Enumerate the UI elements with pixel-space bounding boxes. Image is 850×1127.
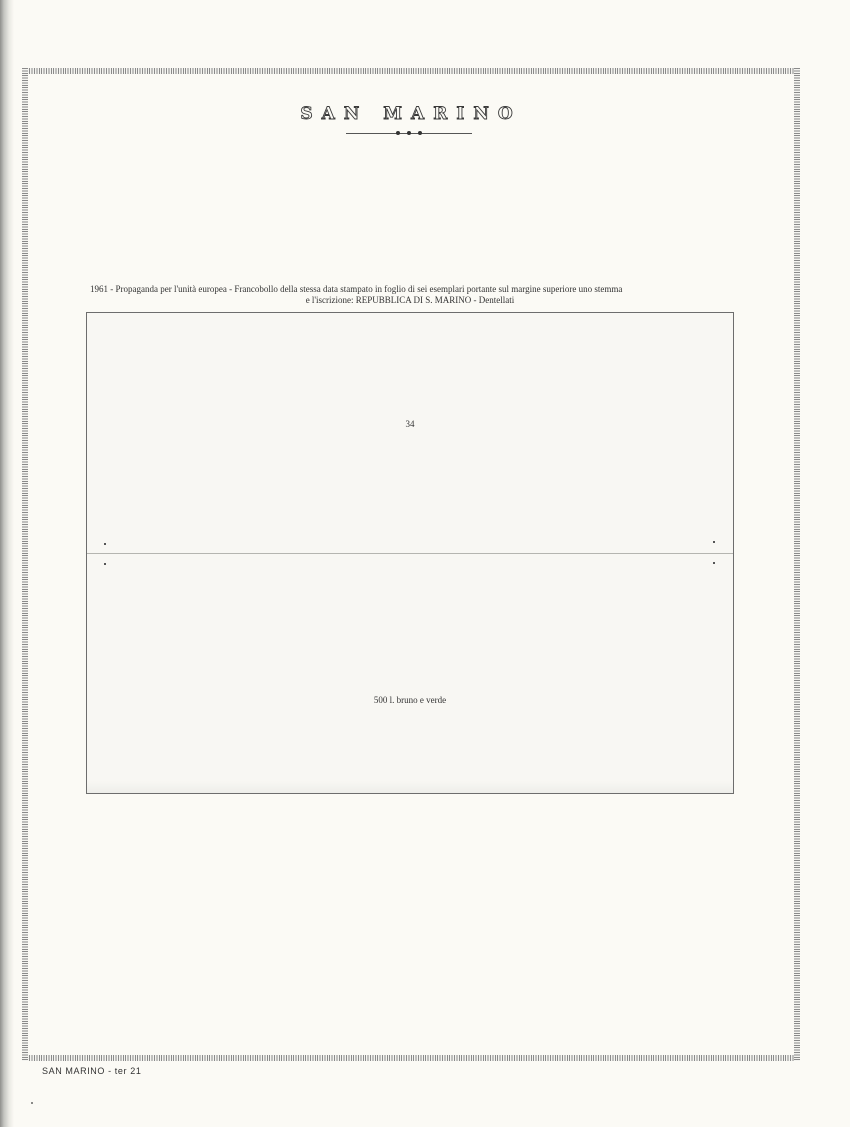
page-footer: SAN MARINO - ter 21 — [42, 1066, 141, 1076]
corner-mark — [104, 563, 106, 565]
corner-mark — [713, 541, 715, 543]
paper-speck — [31, 1102, 33, 1104]
corner-mark — [104, 543, 106, 545]
corner-mark — [713, 562, 715, 564]
frame-right — [794, 68, 800, 1061]
stamp-description: 500 l. bruno e verde — [87, 695, 733, 705]
caption-line-2: e l'iscrizione: REPUBBLICA DI S. MARINO … — [78, 295, 742, 306]
issue-caption: 1961 - Propaganda per l'unità europea - … — [78, 284, 742, 306]
stamp-sheet-mount: 34 500 l. bruno e verde — [86, 312, 734, 794]
sheet-divider-line — [87, 553, 733, 554]
page-edge-shadow — [0, 0, 14, 1127]
frame-bottom — [22, 1055, 800, 1061]
caption-line-1: 1961 - Propaganda per l'unità europea - … — [78, 284, 742, 295]
stamp-catalog-number: 34 — [87, 419, 733, 429]
frame-top — [22, 68, 800, 74]
frame-left — [22, 68, 28, 1061]
page-title: SAN MARINO — [0, 104, 822, 124]
title-ornament — [346, 130, 472, 138]
